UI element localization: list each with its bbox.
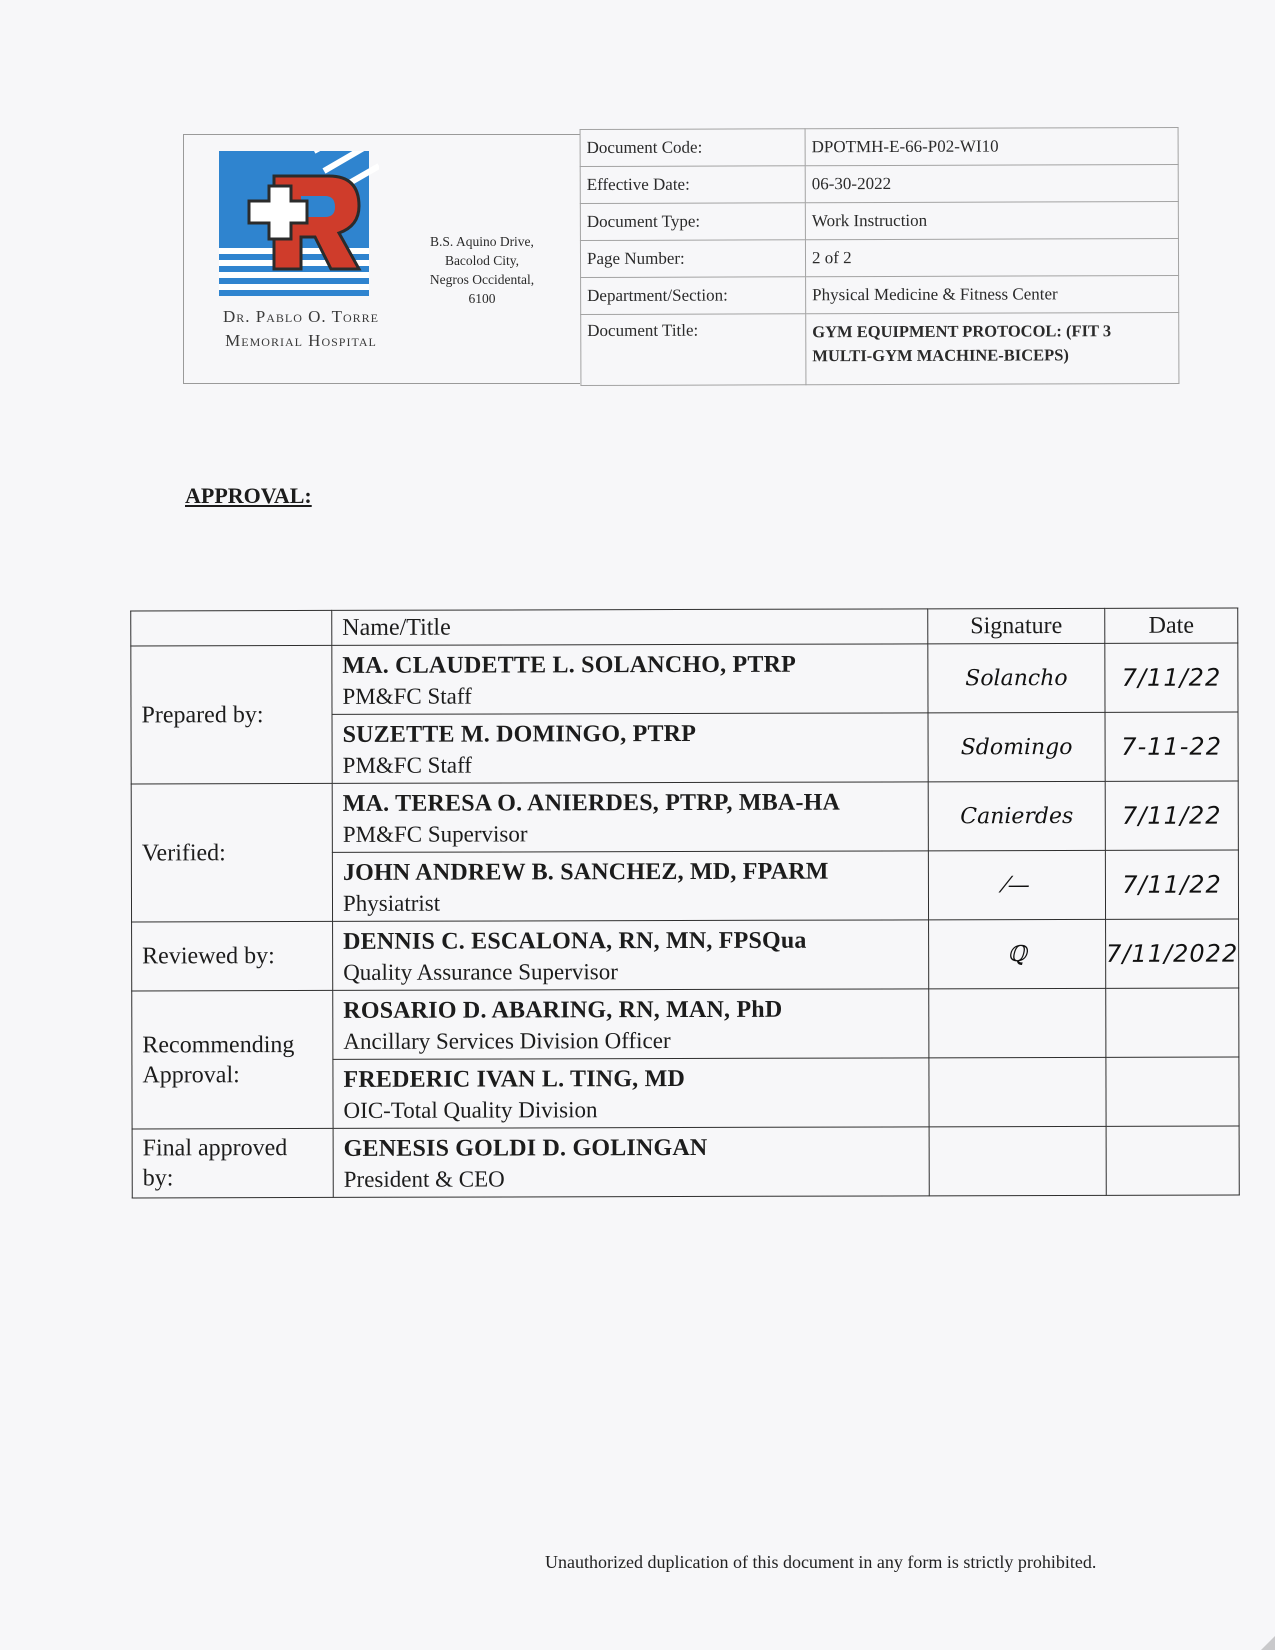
role-line: Recommending [142, 1029, 332, 1059]
person-title: Quality Assurance Supervisor [343, 956, 918, 988]
date-cell [1106, 1126, 1239, 1195]
page-number: 2 of 2 [805, 238, 1178, 276]
address-line: 6100 [412, 289, 552, 308]
hospital-name-line2: Memorial Hospital [196, 329, 406, 353]
signed-date: 7/11/22 [1122, 871, 1222, 899]
meta-label: Page Number: [580, 240, 805, 278]
person-name: GENESIS GOLDI D. GOLINGAN [344, 1131, 919, 1165]
meta-label: Document Title: [581, 314, 806, 386]
role-line: by: [143, 1163, 333, 1193]
signature-cell: ⁄— [928, 850, 1105, 919]
signature-column-header: Signature [928, 608, 1105, 643]
duplication-notice: Unauthorized duplication of this documen… [545, 1552, 1096, 1573]
role-verified: Verified: [131, 783, 332, 922]
date-cell: 7/11/22 [1105, 850, 1238, 919]
role-reviewed-by: Reviewed by: [132, 921, 333, 991]
address-line: B.S. Aquino Drive, [412, 232, 552, 251]
person-name: FREDERIC IVAN L. TING, MD [343, 1062, 918, 1096]
date-cell: 7/11/22 [1105, 643, 1238, 712]
role-recommending-approval: Recommending Approval: [132, 990, 333, 1129]
person-title: OIC-Total Quality Division [344, 1094, 919, 1126]
approval-table: Name/Title Signature Date Prepared by: M… [130, 608, 1240, 1199]
document-title-line2: MULTI-GYM MACHINE-BICEPS) [812, 343, 1172, 368]
meta-label: Department/Section: [581, 277, 806, 315]
signature-cell: Sdomingo [928, 712, 1105, 781]
document-code: DPOTMH-E-66-P02-WI10 [805, 127, 1178, 165]
signature-cell [929, 988, 1106, 1057]
role-column-header [131, 610, 332, 646]
date-cell [1106, 1057, 1239, 1126]
person-name: JOHN ANDREW B. SANCHEZ, MD, FPARM [343, 855, 918, 889]
hospital-address: B.S. Aquino Drive, Bacolod City, Negros … [412, 232, 552, 308]
signature: Solancho [965, 665, 1067, 690]
signed-date: 7/11/22 [1122, 664, 1222, 692]
person-cell: DENNIS C. ESCALONA, RN, MN, FPSQua Quali… [333, 920, 929, 991]
person-title: PM&FC Staff [343, 749, 918, 781]
meta-label: Effective Date: [580, 166, 805, 204]
approval-header-row: Name/Title Signature Date [131, 608, 1238, 646]
date-cell: 7-11-22 [1105, 712, 1238, 781]
date-cell [1106, 988, 1239, 1057]
person-name: MA. TERESA O. ANIERDES, PTRP, MBA-HA [343, 786, 918, 820]
signature-cell [929, 1057, 1106, 1126]
person-cell: MA. CLAUDETTE L. SOLANCHO, PTRP PM&FC St… [332, 644, 928, 715]
signed-date: 7/11/22 [1122, 802, 1222, 830]
meta-row-page-number: Page Number: 2 of 2 [580, 238, 1178, 277]
person-name: MA. CLAUDETTE L. SOLANCHO, PTRP [342, 648, 917, 682]
address-line: Bacolod City, [412, 251, 552, 270]
person-title: Ancillary Services Division Officer [343, 1025, 918, 1057]
person-name: SUZETTE M. DOMINGO, PTRP [343, 717, 918, 751]
signature: ℚ [1008, 942, 1027, 967]
role-prepared-by: Prepared by: [131, 645, 332, 784]
meta-row-department: Department/Section: Physical Medicine & … [581, 275, 1179, 314]
person-name: ROSARIO D. ABARING, RN, MAN, PhD [343, 993, 918, 1027]
document-header-logo-box: Dr. Pablo O. Torre Memorial Hospital B.S… [183, 134, 580, 384]
person-cell: ROSARIO D. ABARING, RN, MAN, PhD Ancilla… [333, 989, 929, 1060]
signature-cell: Canierdes [928, 781, 1105, 850]
person-cell: FREDERIC IVAN L. TING, MD OIC-Total Qual… [333, 1058, 929, 1129]
meta-row-document-type: Document Type: Work Instruction [580, 201, 1178, 240]
meta-row-document-title: Document Title: GYM EQUIPMENT PROTOCOL: … [581, 312, 1179, 385]
signature: ⁄— [1004, 873, 1030, 898]
role-line: Final approved [143, 1133, 333, 1163]
document-type: Work Instruction [805, 201, 1178, 239]
meta-row-effective-date: Effective Date: 06-30-2022 [580, 164, 1178, 203]
hospital-logo-icon [219, 151, 379, 301]
approval-heading: APPROVAL: [185, 483, 312, 509]
date-cell: 7/11/22 [1105, 781, 1238, 850]
document-title-line1: GYM EQUIPMENT PROTOCOL: (FIT 3 [812, 319, 1172, 344]
signature-cell: ℚ [929, 919, 1106, 988]
table-row: Verified: MA. TERESA O. ANIERDES, PTRP, … [131, 781, 1238, 853]
person-cell: MA. TERESA O. ANIERDES, PTRP, MBA-HA PM&… [332, 782, 928, 853]
name-title-column-header: Name/Title [332, 609, 928, 646]
table-row: Final approved by: GENESIS GOLDI D. GOLI… [132, 1126, 1239, 1198]
person-title: President & CEO [344, 1163, 919, 1195]
address-line: Negros Occidental, [412, 270, 552, 289]
person-cell: SUZETTE M. DOMINGO, PTRP PM&FC Staff [332, 713, 928, 784]
signature-cell: Solancho [928, 643, 1105, 712]
role-line: Approval: [142, 1059, 332, 1089]
person-title: Physiatrist [343, 887, 918, 919]
table-row: Reviewed by: DENNIS C. ESCALONA, RN, MN,… [132, 919, 1239, 991]
signature: Canierdes [960, 803, 1073, 828]
meta-row-document-code: Document Code: DPOTMH-E-66-P02-WI10 [580, 127, 1178, 166]
document-meta-table: Document Code: DPOTMH-E-66-P02-WI10 Effe… [580, 127, 1180, 386]
table-row: Prepared by: MA. CLAUDETTE L. SOLANCHO, … [131, 643, 1238, 715]
hospital-name: Dr. Pablo O. Torre Memorial Hospital [196, 305, 406, 353]
signed-date: 7/11/2022 [1106, 940, 1238, 968]
meta-label: Document Code: [580, 129, 805, 167]
page-corner-fold [1261, 1636, 1275, 1650]
hospital-name-line1: Dr. Pablo O. Torre [196, 305, 406, 329]
date-column-header: Date [1105, 608, 1238, 643]
department-section: Physical Medicine & Fitness Center [806, 275, 1179, 313]
role-final-approved-by: Final approved by: [132, 1128, 333, 1198]
person-name: DENNIS C. ESCALONA, RN, MN, FPSQua [343, 924, 918, 958]
signature: Sdomingo [961, 734, 1073, 759]
person-title: PM&FC Staff [342, 680, 917, 712]
signature-cell [929, 1126, 1106, 1195]
person-cell: GENESIS GOLDI D. GOLINGAN President & CE… [333, 1127, 929, 1198]
person-cell: JOHN ANDREW B. SANCHEZ, MD, FPARM Physia… [332, 851, 928, 922]
person-title: PM&FC Supervisor [343, 818, 918, 850]
effective-date: 06-30-2022 [805, 164, 1178, 202]
date-cell: 7/11/2022 [1106, 919, 1239, 988]
document-title: GYM EQUIPMENT PROTOCOL: (FIT 3 MULTI-GYM… [806, 312, 1179, 384]
table-row: Recommending Approval: ROSARIO D. ABARIN… [132, 988, 1239, 1060]
meta-label: Document Type: [580, 203, 805, 241]
signed-date: 7-11-22 [1121, 733, 1222, 761]
